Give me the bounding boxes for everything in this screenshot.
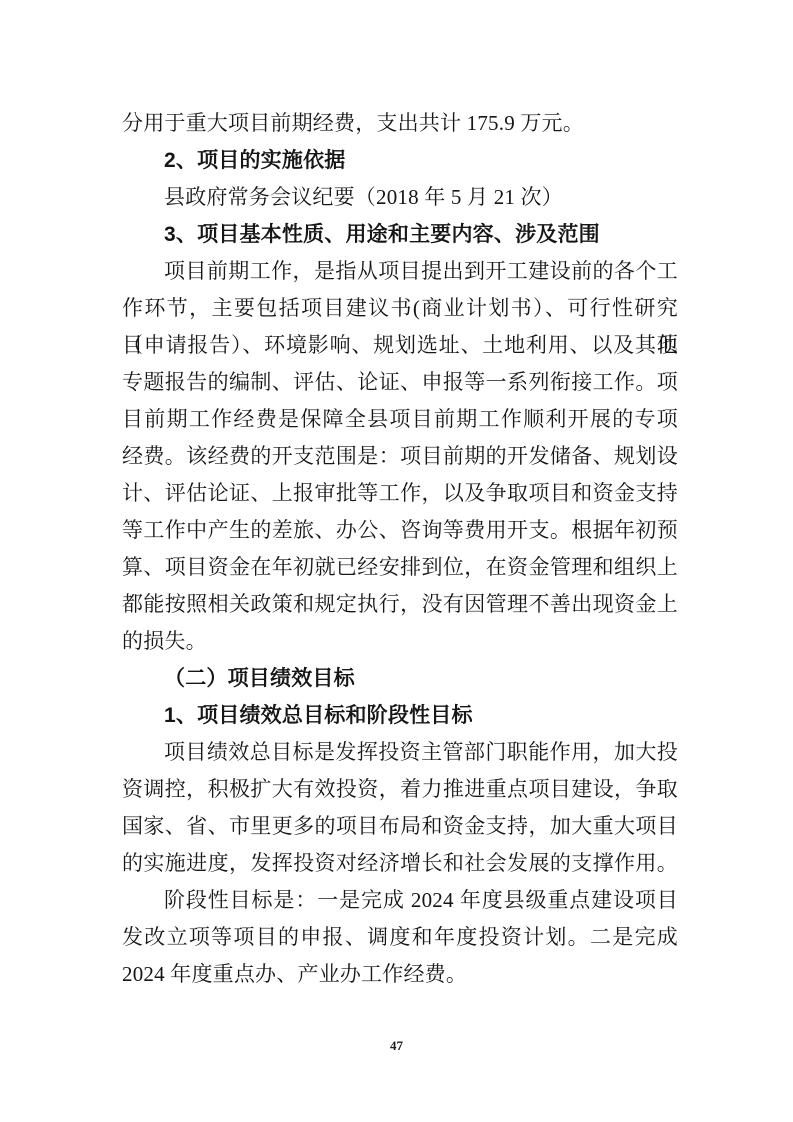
text-line: 项目绩效总目标是发挥投资主管部门职能作用，加大投: [122, 734, 678, 771]
text-line: 目申请报告）、环境影响、规划选址、土地利用、以及其他: [122, 327, 678, 364]
document-page: 分用于重大项目前期经费，支出共计 175.9 万元。2、项目的实施依据县政府常务…: [0, 0, 793, 1122]
section-heading: 2、项目的实施依据: [122, 142, 678, 179]
text-line: 目前期工作经费是保障全县项目前期工作顺利开展的专项: [122, 401, 678, 438]
text-line: 专题报告的编制、评估、论证、申报等一系列衔接工作。项: [122, 364, 678, 401]
text-line: 计、评估论证、上报审批等工作，以及争取项目和资金支持: [122, 475, 678, 512]
section-heading: 1、项目绩效总目标和阶段性目标: [122, 697, 678, 734]
text-line: 算、项目资金在年初就已经安排到位，在资金管理和组织上: [122, 549, 678, 586]
text-line: 作环节，主要包括项目建议书(商业计划书）、可行性研究（项: [122, 290, 678, 327]
text-line: 项目前期工作，是指从项目提出到开工建设前的各个工: [122, 253, 678, 290]
text-line: 都能按照相关政策和规定执行，没有因管理不善出现资金上: [122, 586, 678, 623]
section-heading: 3、项目基本性质、用途和主要内容、涉及范围: [122, 216, 678, 253]
document-body: 分用于重大项目前期经费，支出共计 175.9 万元。2、项目的实施依据县政府常务…: [122, 105, 678, 993]
section-heading: （二）项目绩效目标: [122, 660, 678, 697]
text-line: 阶段性目标是：一是完成 2024 年度县级重点建设项目: [122, 882, 678, 919]
text-line: 2024 年度重点办、产业办工作经费。: [122, 956, 678, 993]
text-line: 资调控，积极扩大有效投资，着力推进重点项目建设，争取: [122, 771, 678, 808]
page-number: 47: [0, 1038, 793, 1054]
text-line: 等工作中产生的差旅、办公、咨询等费用开支。根据年初预: [122, 512, 678, 549]
text-line: 的损失。: [122, 623, 678, 660]
text-line: 国家、省、市里更多的项目布局和资金支持，加大重大项目: [122, 808, 678, 845]
text-line: 分用于重大项目前期经费，支出共计 175.9 万元。: [122, 105, 678, 142]
text-line: 发改立项等项目的申报、调度和年度投资计划。二是完成: [122, 919, 678, 956]
text-line: 的实施进度，发挥投资对经济增长和社会发展的支撑作用。: [122, 845, 678, 882]
text-line: 经费。该经费的开支范围是：项目前期的开发储备、规划设: [122, 438, 678, 475]
text-line: 县政府常务会议纪要（2018 年 5 月 21 次）: [122, 179, 678, 216]
